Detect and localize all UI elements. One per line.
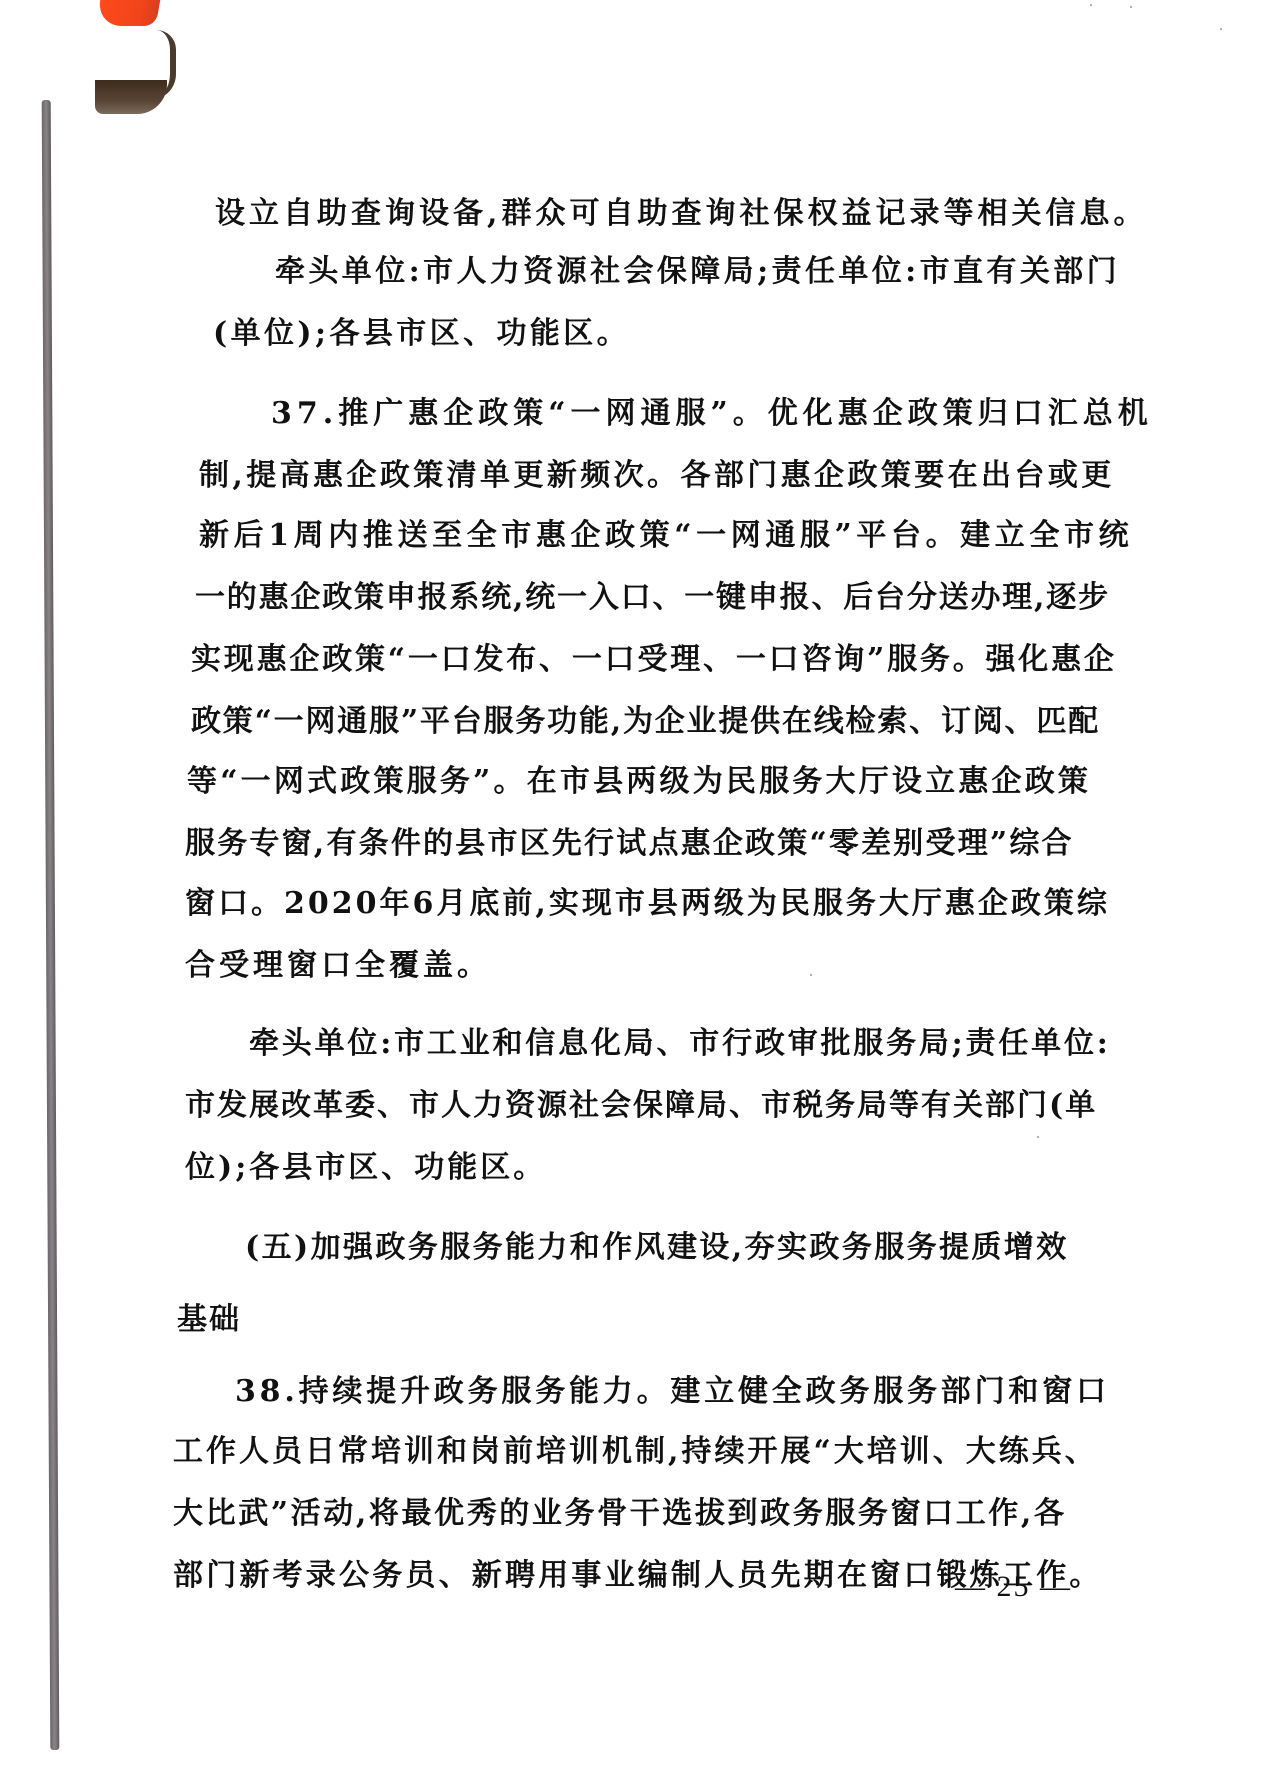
section-5-heading-cont: 基础 — [177, 1302, 241, 1338]
text-line: 设立自助查询设备,群众可自助查询社保权益记录等相关信息。 — [215, 196, 1147, 232]
binding-clip — [95, 80, 167, 114]
item-37-heading: 37.推广惠企政策“一网通服”。优化惠企政策归口汇总机 — [271, 396, 1153, 432]
text-line: 等“一网式政策服务”。在市县两级为民服务大厅设立惠企政策 — [187, 764, 1091, 800]
text-line: 制,提高惠企政策清单更新频次。各部门惠企政策要在出台或更 — [199, 458, 1115, 494]
binding-edge-strip — [42, 100, 60, 1750]
text-line: 服务专窗,有条件的县市区先行试点惠企政策“零差别受理”综合 — [185, 826, 1074, 862]
text-line: 市发展改革委、市人力资源社会保障局、市税务局等有关部门(单 — [185, 1088, 1097, 1124]
text-line: 工作人员日常培训和岗前培训机制,持续开展“大培训、大练兵、 — [173, 1434, 1098, 1470]
page-number: — 25 — — [955, 1570, 1072, 1604]
lead-unit-line: 牵头单位:市工业和信息化局、市行政审批服务局;责任单位: — [249, 1026, 1111, 1062]
text-line: 政策“一网通服”平台服务功能,为企业提供在线检索、订阅、匹配 — [191, 704, 1100, 740]
section-5-heading: (五)加强政务服务能力和作风建设,夯实政务服务提质增效 — [245, 1230, 1069, 1266]
text-line: 窗口。2020年6月底前,实现市县两级为民服务大厅惠企政策综 — [185, 886, 1110, 922]
text-line: 一的惠企政策申报系统,统一入口、一键申报、后台分送办理,逐步 — [195, 580, 1110, 616]
scan-speck — [1037, 1136, 1039, 1138]
item-38-heading: 38.持续提升政务服务能力。建立健全政务服务部门和窗口 — [235, 1374, 1110, 1410]
lead-unit-line: 牵头单位:市人力资源社会保障局;责任单位:市直有关部门 — [275, 254, 1120, 290]
text-line: 位);各县市区、功能区。 — [185, 1150, 546, 1186]
scan-speck — [810, 974, 812, 976]
text-line: 实现惠企政策“一口发布、一口受理、一口咨询”服务。强化惠企 — [191, 642, 1117, 678]
scan-speck — [1220, 28, 1222, 30]
scan-speck — [1090, 4, 1092, 6]
text-line: 大比武”活动,将最优秀的业务骨干选拔到政务服务窗口工作,各 — [173, 1496, 1067, 1532]
text-line: (单位);各县市区、功能区。 — [213, 316, 630, 352]
scan-speck — [1130, 6, 1132, 8]
red-binding-mark — [96, 0, 161, 26]
text-line: 合受理窗口全覆盖。 — [185, 948, 491, 984]
text-line: 新后1周内推送至全市惠企政策“一网通服”平台。建立全市统 — [199, 518, 1133, 554]
